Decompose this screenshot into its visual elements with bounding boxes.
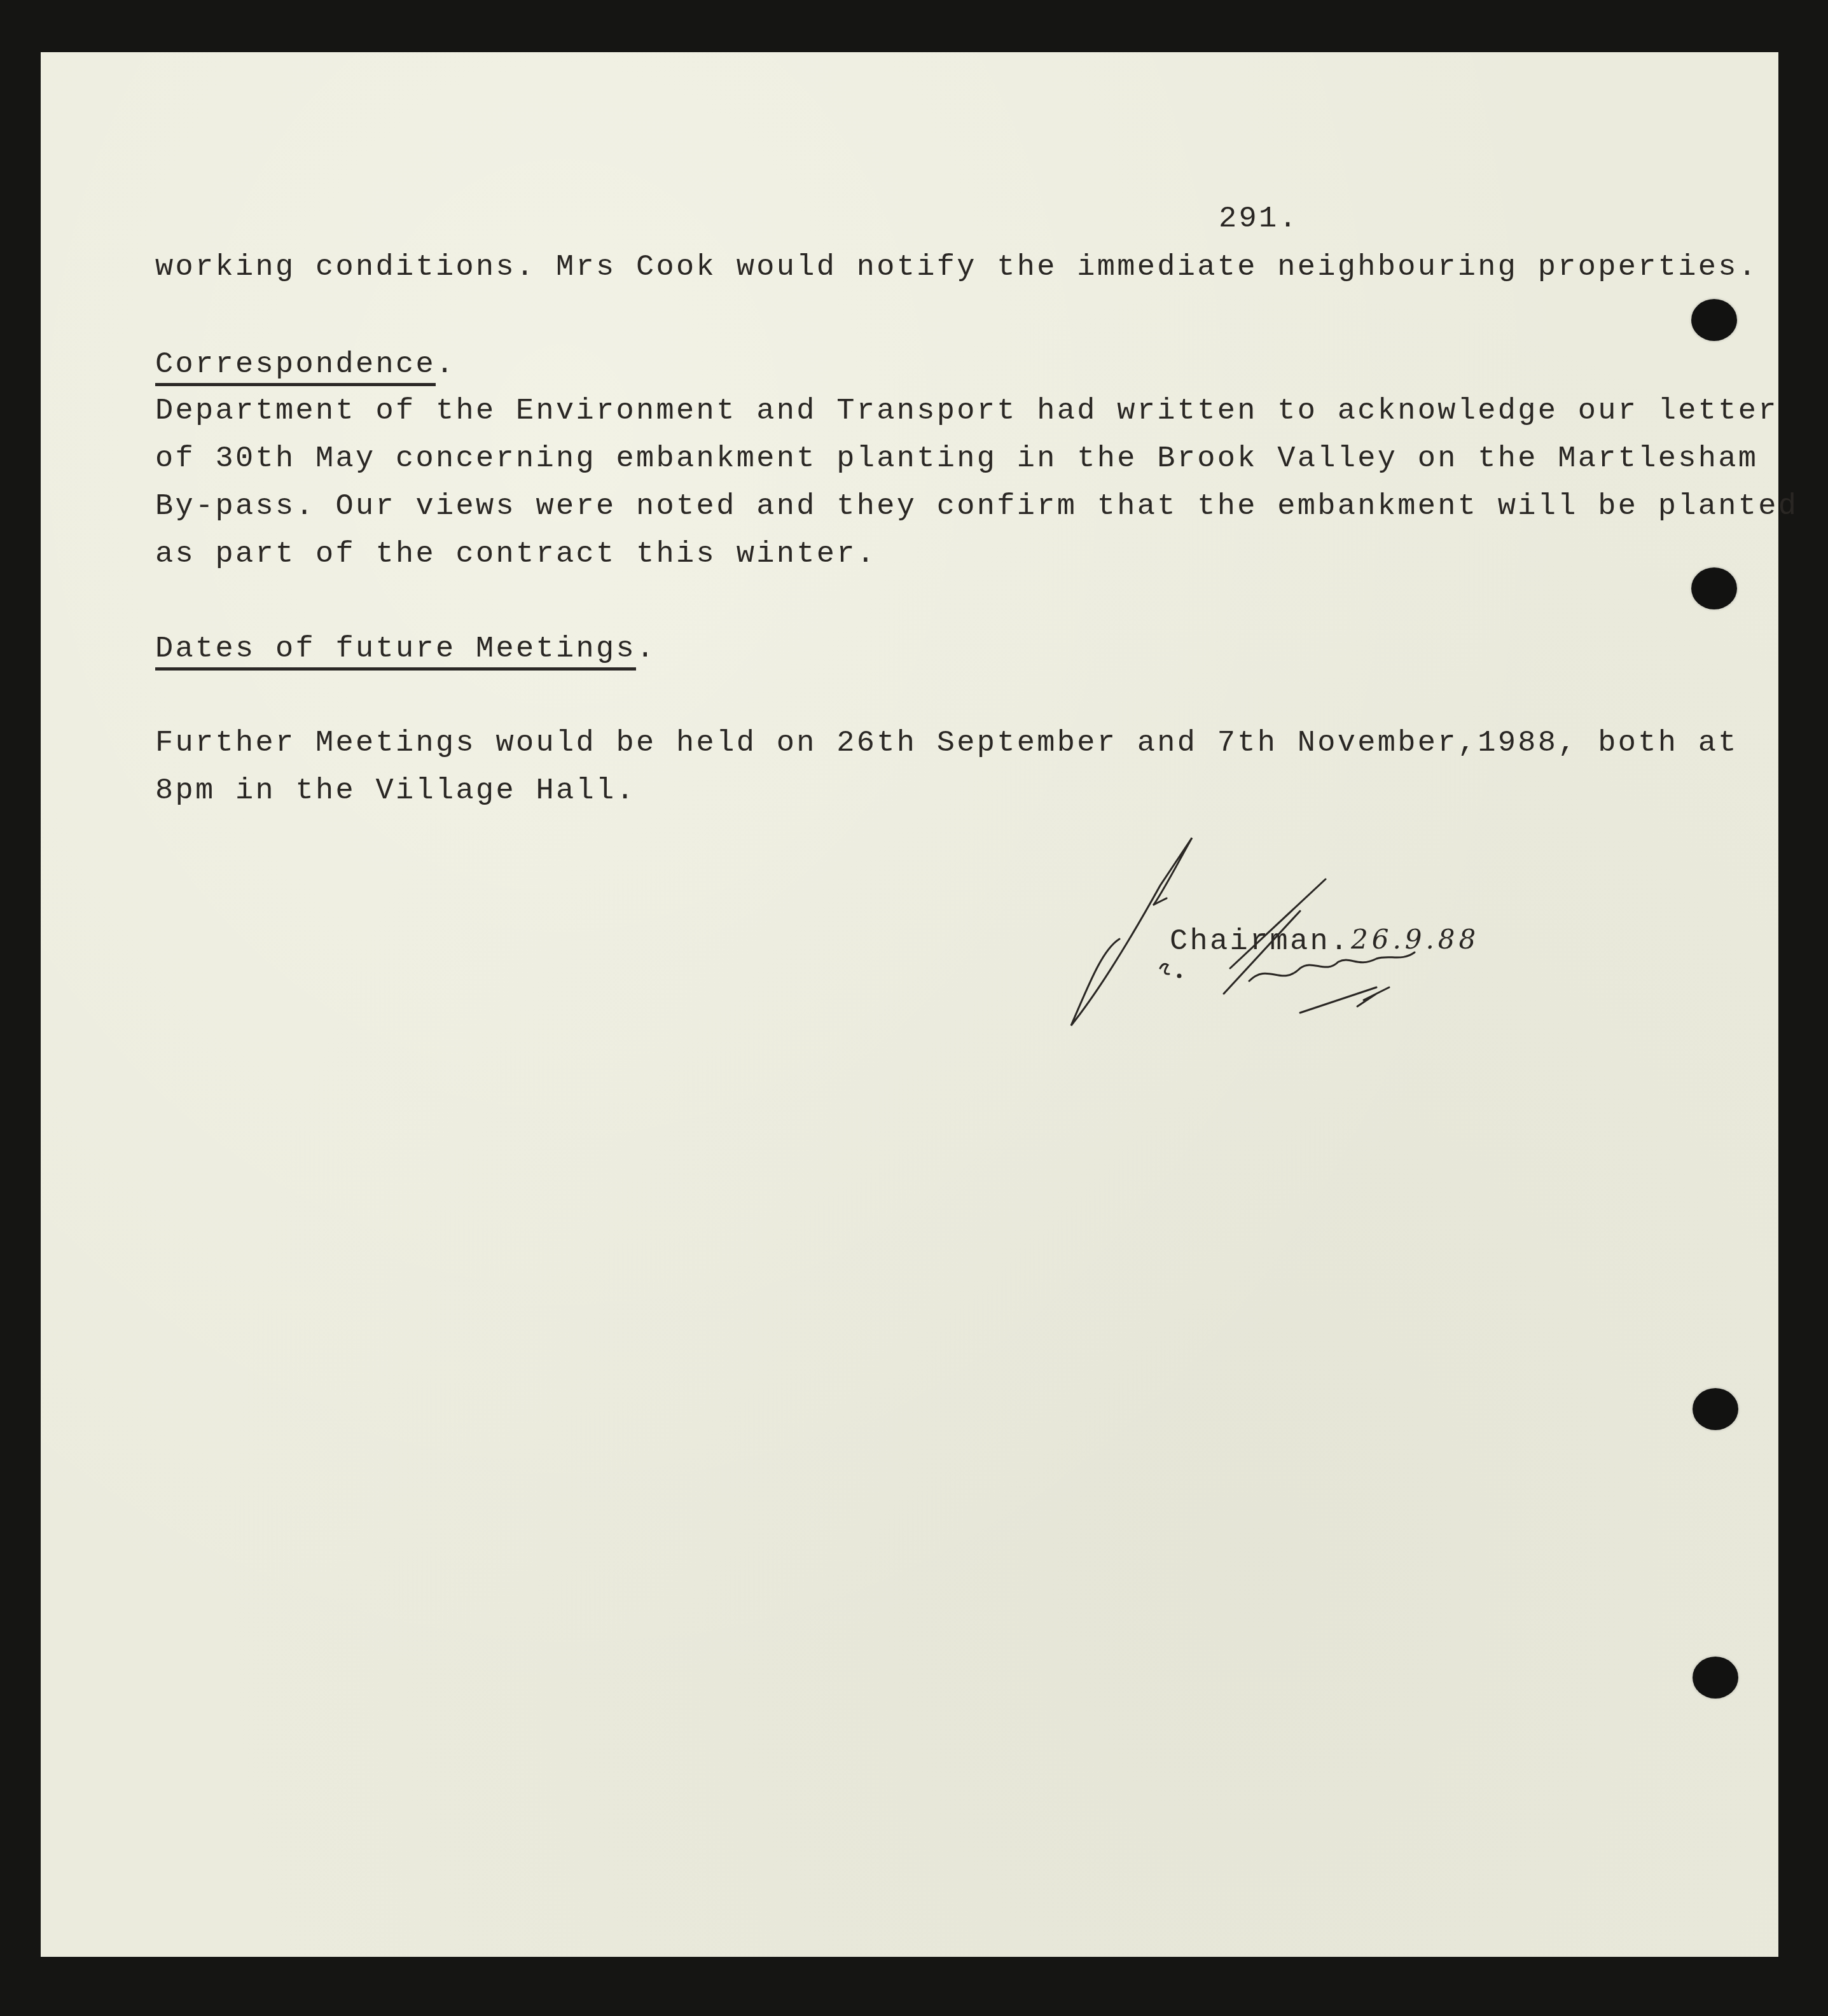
heading-period: . (636, 632, 656, 666)
punch-hole (1693, 1388, 1738, 1430)
correspondence-line-4: as part of the contract this winter. (155, 538, 876, 571)
meetings-line-1: Further Meetings would be held on 26th S… (155, 726, 1738, 760)
punch-hole (1691, 567, 1737, 609)
section-heading-future-meetings: Dates of future Meetings. (155, 632, 656, 666)
page-number: 291. (1219, 202, 1299, 236)
document-page: 291. working conditions. Mrs Cook would … (41, 52, 1778, 1957)
chairman-label: Chairman. (1170, 925, 1350, 959)
signature-date: 26.9.88 (1351, 924, 1479, 955)
heading-text: Dates of future Meetings (155, 632, 636, 671)
heading-period: . (436, 348, 456, 382)
correspondence-line-1: Department of the Environment and Transp… (155, 394, 1778, 428)
chairman-signature (1058, 777, 1580, 1032)
continued-text-line: working conditions. Mrs Cook would notif… (155, 251, 1758, 284)
correspondence-line-3: By-pass. Our views were noted and they c… (155, 490, 1798, 524)
correspondence-line-2: of 30th May concerning embankment planti… (155, 442, 1758, 476)
heading-text: Correspondence (155, 348, 436, 386)
section-heading-correspondence: Correspondence. (155, 348, 456, 382)
punch-hole (1691, 299, 1737, 341)
meetings-line-2: 8pm in the Village Hall. (155, 774, 636, 808)
punch-hole (1693, 1657, 1738, 1699)
